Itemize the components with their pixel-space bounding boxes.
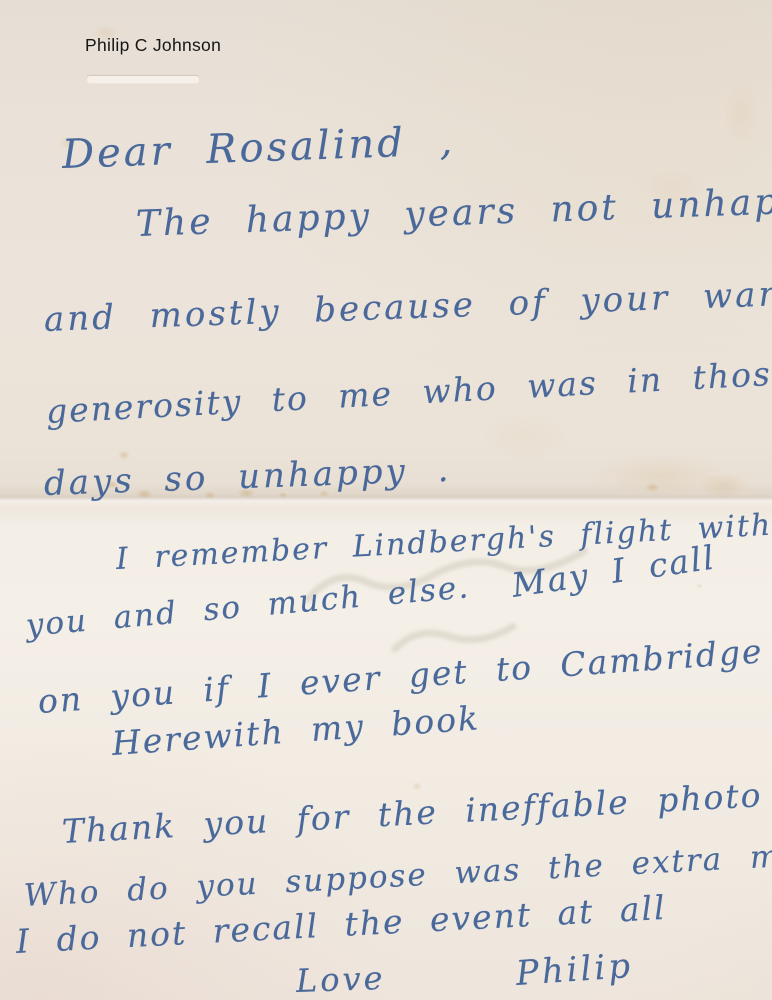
paper-stain xyxy=(722,78,760,150)
paper-stain xyxy=(118,450,130,460)
salutation-line: Dear Rosalind , xyxy=(61,118,456,178)
body-line-1: The happy years not unhappy xyxy=(135,180,772,245)
signature-philip: Philip xyxy=(515,946,635,994)
body-line-10: Thank you for the ineffable photo xyxy=(61,775,763,851)
body-line-3: generosity to me who was in those xyxy=(45,353,772,431)
body-line-2: and mostly because of your warm xyxy=(43,273,772,340)
paper-stain xyxy=(696,583,703,589)
letterhead-name: Philip C Johnson xyxy=(85,35,221,56)
letterhead-rule xyxy=(87,76,199,82)
letter-photo: Philip C Johnson Dear Rosalind , The hap… xyxy=(0,0,772,1000)
paper-stain xyxy=(412,782,422,791)
closing-love: Love xyxy=(295,959,386,1000)
paper-stain xyxy=(480,410,570,460)
